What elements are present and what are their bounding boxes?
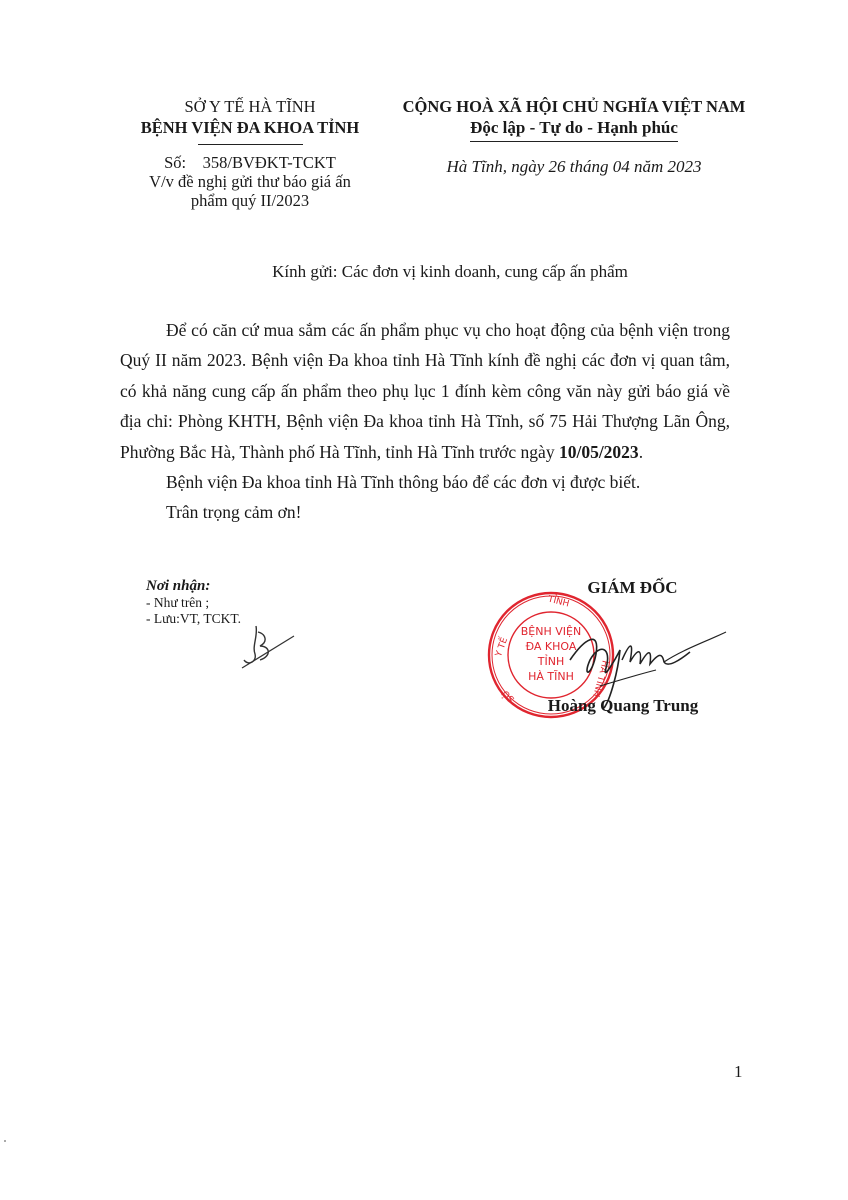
subject-line-2: phẩm quý II/2023 xyxy=(120,191,380,210)
issuing-organization-header: SỞ Y TẾ HÀ TĨNH BỆNH VIỆN ĐA KHOA TỈNH S… xyxy=(120,96,380,210)
letter-body: Để có căn cứ mua sắm các ấn phẩm phục vụ… xyxy=(120,315,730,528)
place-and-date: Hà Tĩnh, ngày 26 tháng 04 năm 2023 xyxy=(384,156,764,177)
scan-speck xyxy=(4,1140,6,1142)
signer-name: Hoàng Quang Trung xyxy=(480,696,730,716)
national-header: CỘNG HOÀ XÃ HỘI CHỦ NGHĨA VIỆT NAM Độc l… xyxy=(384,96,764,177)
parent-organization: SỞ Y TẾ HÀ TĨNH xyxy=(120,96,380,117)
closing-line: Trân trọng cảm ơn! xyxy=(120,497,730,527)
body-paragraph-1: Để có căn cứ mua sắm các ấn phẩm phục vụ… xyxy=(120,315,730,467)
organization-name: BỆNH VIỆN ĐA KHOA TỈNH xyxy=(120,117,380,138)
subject-line-1: V/v đề nghị gửi thư báo giá ấn xyxy=(120,172,380,191)
deadline-suffix: . xyxy=(639,442,643,462)
nation-title: CỘNG HOÀ XÃ HỘI CHỦ NGHĨA VIỆT NAM xyxy=(384,96,764,117)
receiver-item: - Lưu:VT, TCKT. xyxy=(146,611,241,627)
national-motto: Độc lập - Tự do - Hạnh phúc xyxy=(470,117,678,142)
signature-block: GIÁM ĐỐC Hoàng Quang Trung xyxy=(480,578,730,598)
receiver-item: - Như trên ; xyxy=(146,595,241,611)
document-number-label: Số: xyxy=(164,153,186,172)
page-number: 1 xyxy=(734,1062,743,1082)
receivers-list: Nơi nhận: - Như trên ; - Lưu:VT, TCKT. xyxy=(146,578,241,627)
body-paragraph-2: Bệnh viện Đa khoa tỉnh Hà Tĩnh thông báo… xyxy=(120,467,730,497)
recipient-line: Kính gửi: Các đơn vị kinh doanh, cung cấ… xyxy=(120,262,780,282)
deadline-date: 10/05/2023 xyxy=(559,442,639,462)
document-number-value: 358/BVĐKT-TCKT xyxy=(203,153,336,172)
document-number: Số: 358/BVĐKT-TCKT xyxy=(120,153,380,172)
signer-title: GIÁM ĐỐC xyxy=(535,578,730,598)
body-paragraph-1-text: Để có căn cứ mua sắm các ấn phẩm phục vụ… xyxy=(120,320,730,462)
initials-mark xyxy=(238,622,298,672)
receivers-title: Nơi nhận: xyxy=(146,578,241,594)
header-divider xyxy=(198,144,303,145)
